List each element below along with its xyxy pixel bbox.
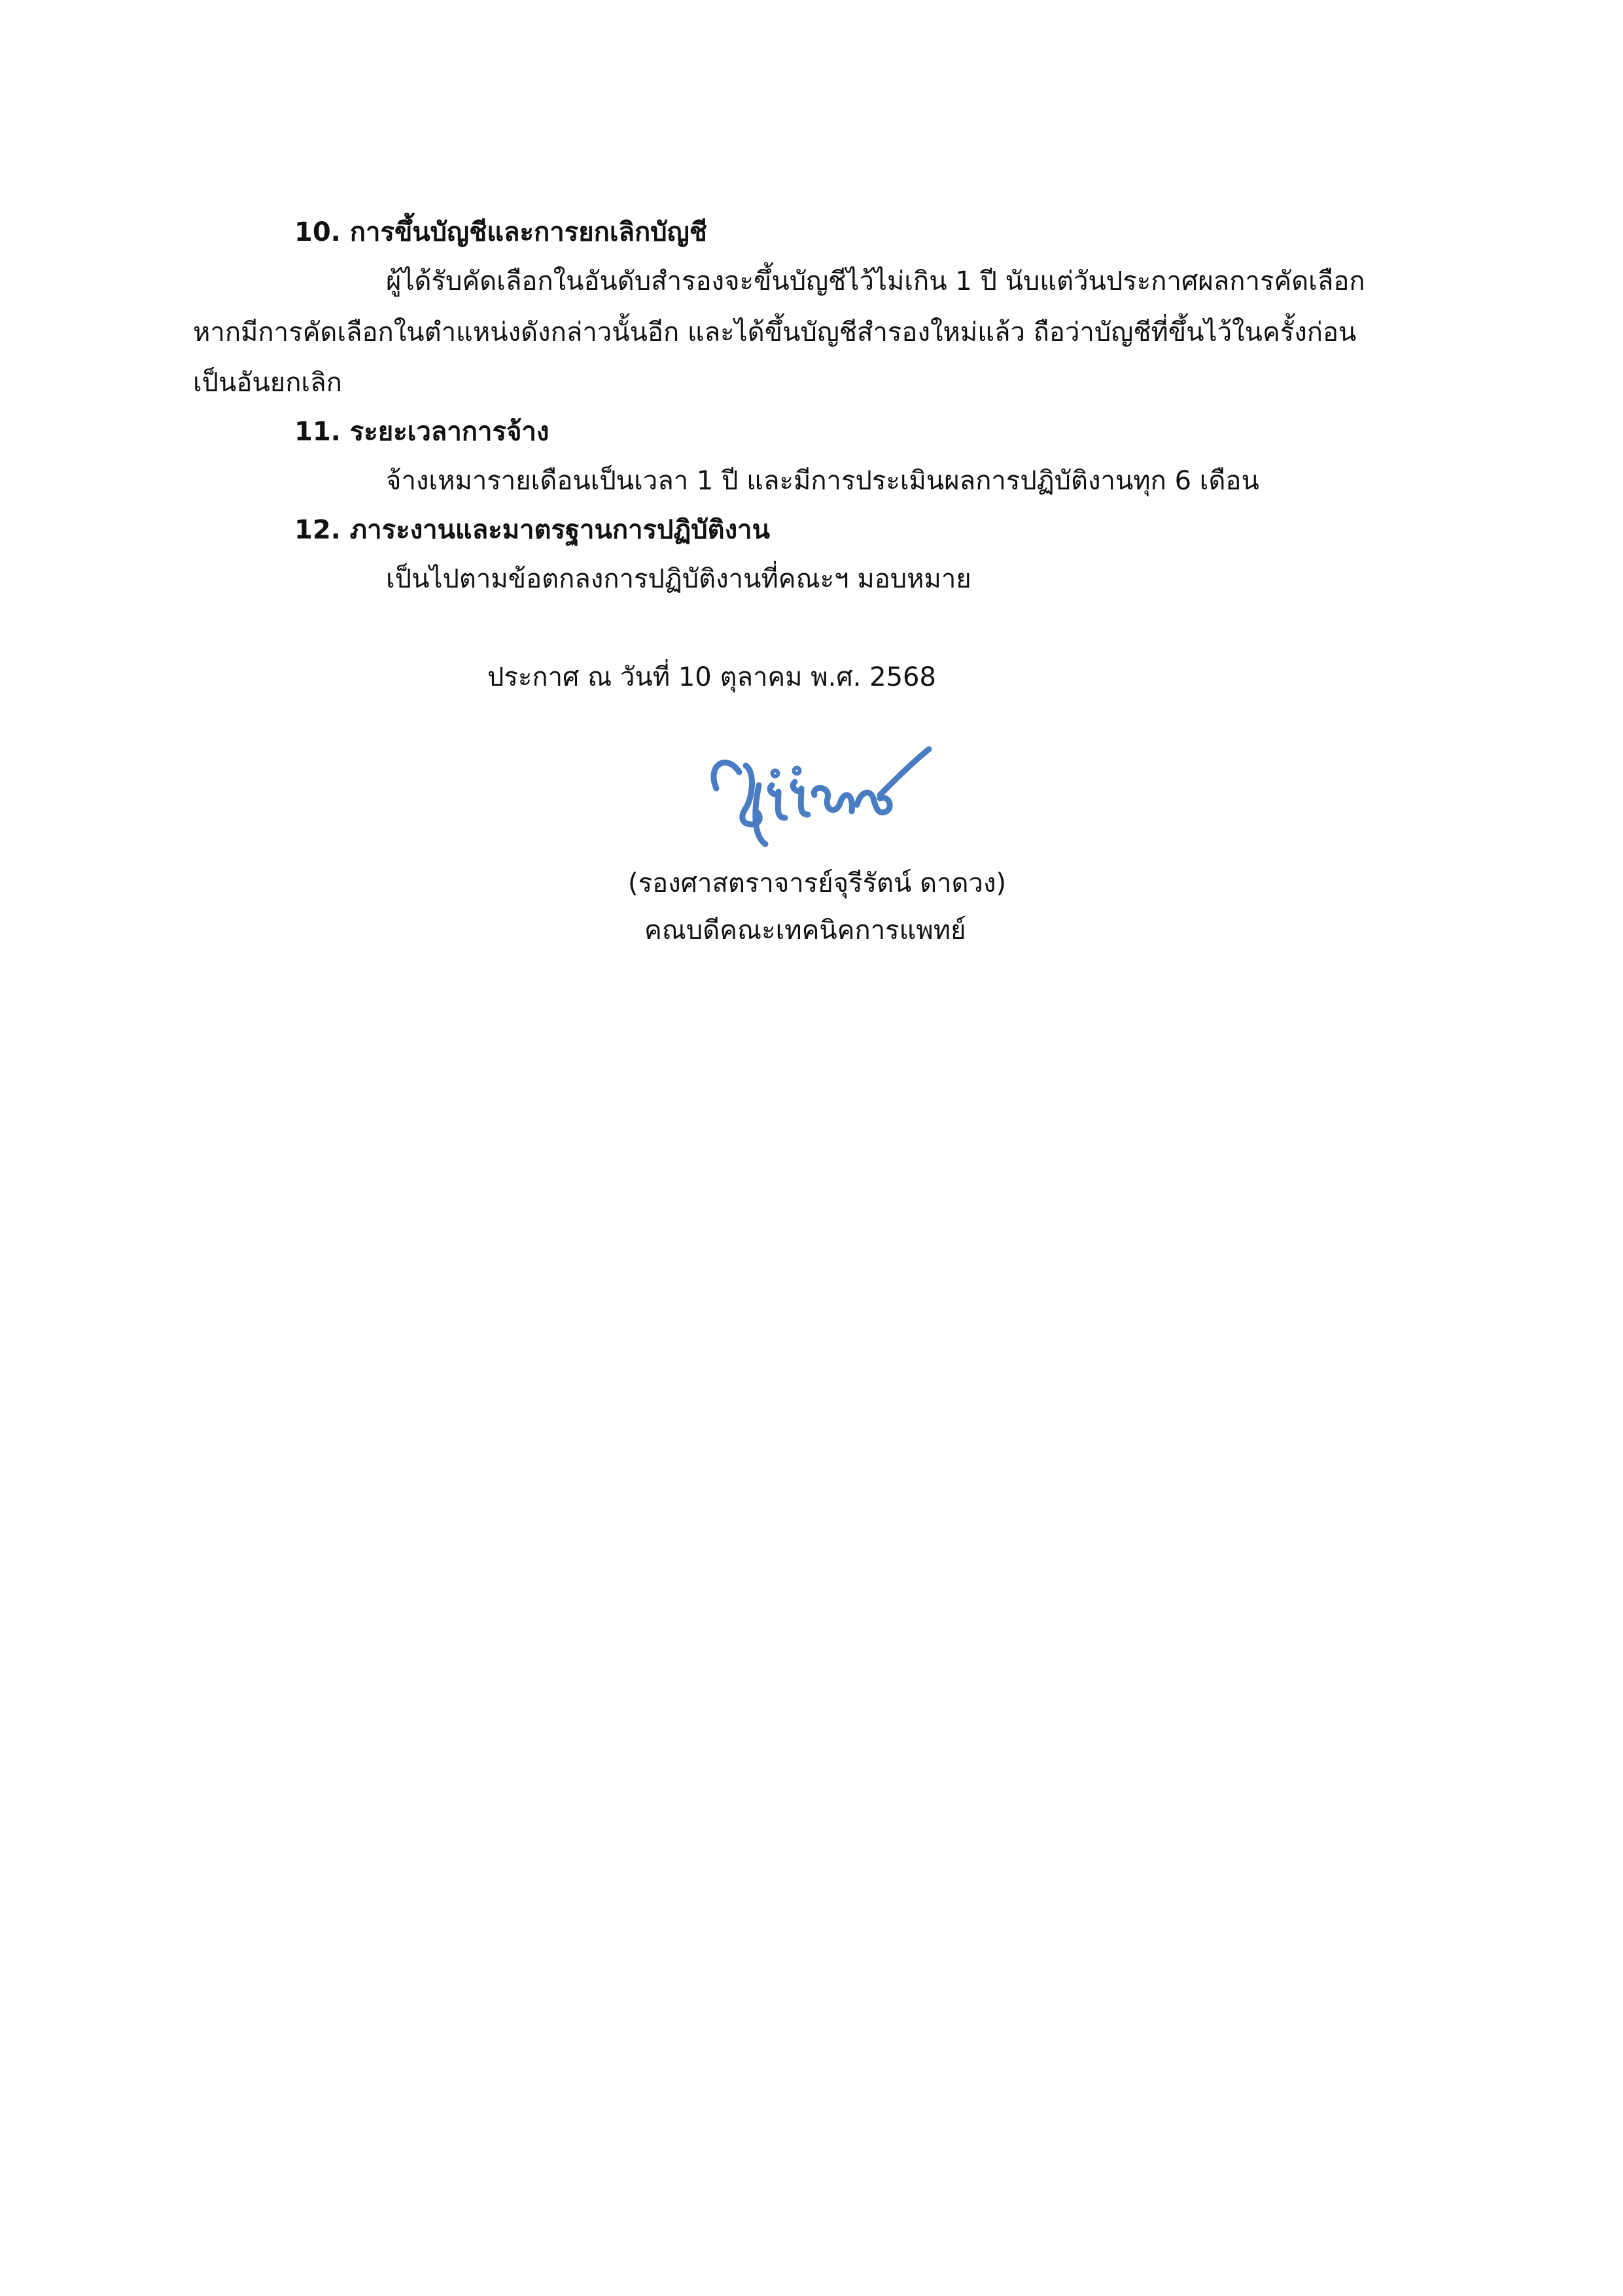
- signatory-name: (รองศาสตราจารย์จุรีรัตน์ ดาดวง): [628, 864, 1006, 903]
- section-12-line-1: เป็นไปตามข้อตกลงการปฏิบัติงานที่คณะฯ มอบ…: [386, 559, 971, 599]
- section-11-heading: 11. ระยะเวลาการจ้าง: [294, 412, 549, 451]
- signatory-title: คณบดีคณะเทคนิคการแพทย์: [644, 911, 966, 950]
- section-10-heading: 10. การขึ้นบัญชีและการยกเลิกบัญชี: [294, 213, 707, 252]
- section-11-line-1: จ้างเหมารายเดือนเป็นเวลา 1 ปี และมีการปร…: [386, 461, 1259, 501]
- section-10-line-3: เป็นอันยกเลิก: [193, 363, 342, 402]
- announcement-date: ประกาศ ณ วันที่ 10 ตุลาคม พ.ศ. 2568: [487, 658, 936, 697]
- section-10-line-1: ผู้ได้รับคัดเลือกในอันดับสำรองจะขึ้นบัญช…: [386, 262, 1365, 301]
- section-12-heading: 12. ภาระงานและมาตรฐานการปฏิบัติงาน: [294, 510, 770, 550]
- signature-image: [680, 726, 942, 857]
- section-10-line-2: หากมีการคัดเลือกในตำแหน่งดังกล่าวนั้นอีก…: [193, 313, 1356, 352]
